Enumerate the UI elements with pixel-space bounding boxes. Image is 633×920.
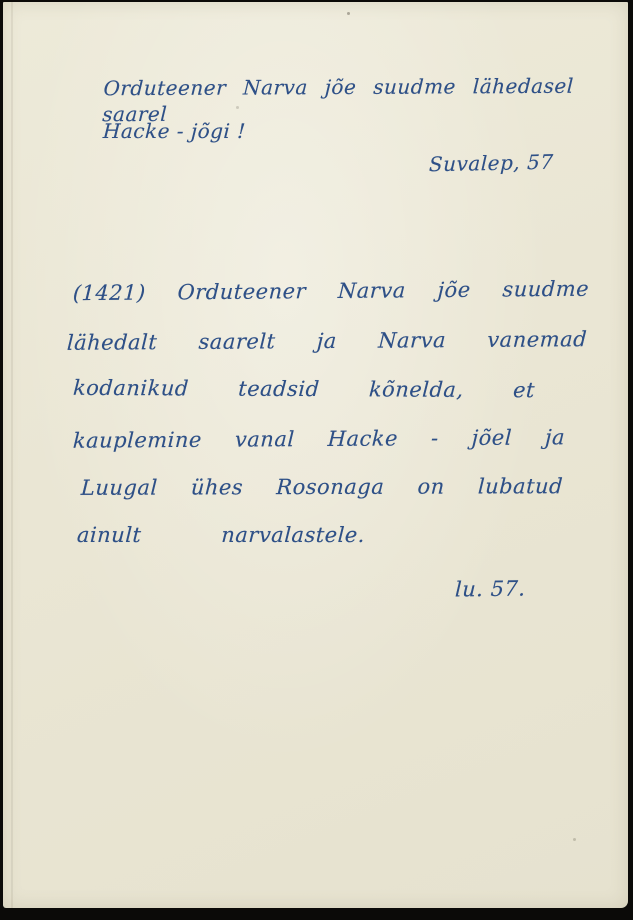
body-line-4: kauplemine vanal Hacke - jõel ja xyxy=(72,424,565,455)
note-card-paper: Orduteener Narva jõe suudme lähedasel sa… xyxy=(3,2,628,908)
heading-attribution: Suvalep, 57 xyxy=(429,149,554,178)
paper-speck xyxy=(236,106,239,109)
heading-line-2: Hacke - jõgi ! xyxy=(102,118,246,144)
body-line-1: (1421) Orduteener Narva jõe suudme xyxy=(72,276,589,308)
body-line-5: Luugal ühes Rosonaga on lubatud xyxy=(80,473,563,502)
paper-speck xyxy=(573,838,576,841)
body-line-6: ainult narvalastele. xyxy=(76,522,365,549)
body-line-2: lähedalt saarelt ja Narva vanemad xyxy=(66,326,587,357)
paper-edge-shadow xyxy=(11,2,13,908)
scanned-document: Orduteener Narva jõe suudme lähedasel sa… xyxy=(0,0,633,920)
body-line-3: kodanikud teadsid kõnelda, et xyxy=(72,375,535,405)
body-attribution: lu. 57. xyxy=(454,576,526,604)
paper-speck xyxy=(347,12,350,15)
